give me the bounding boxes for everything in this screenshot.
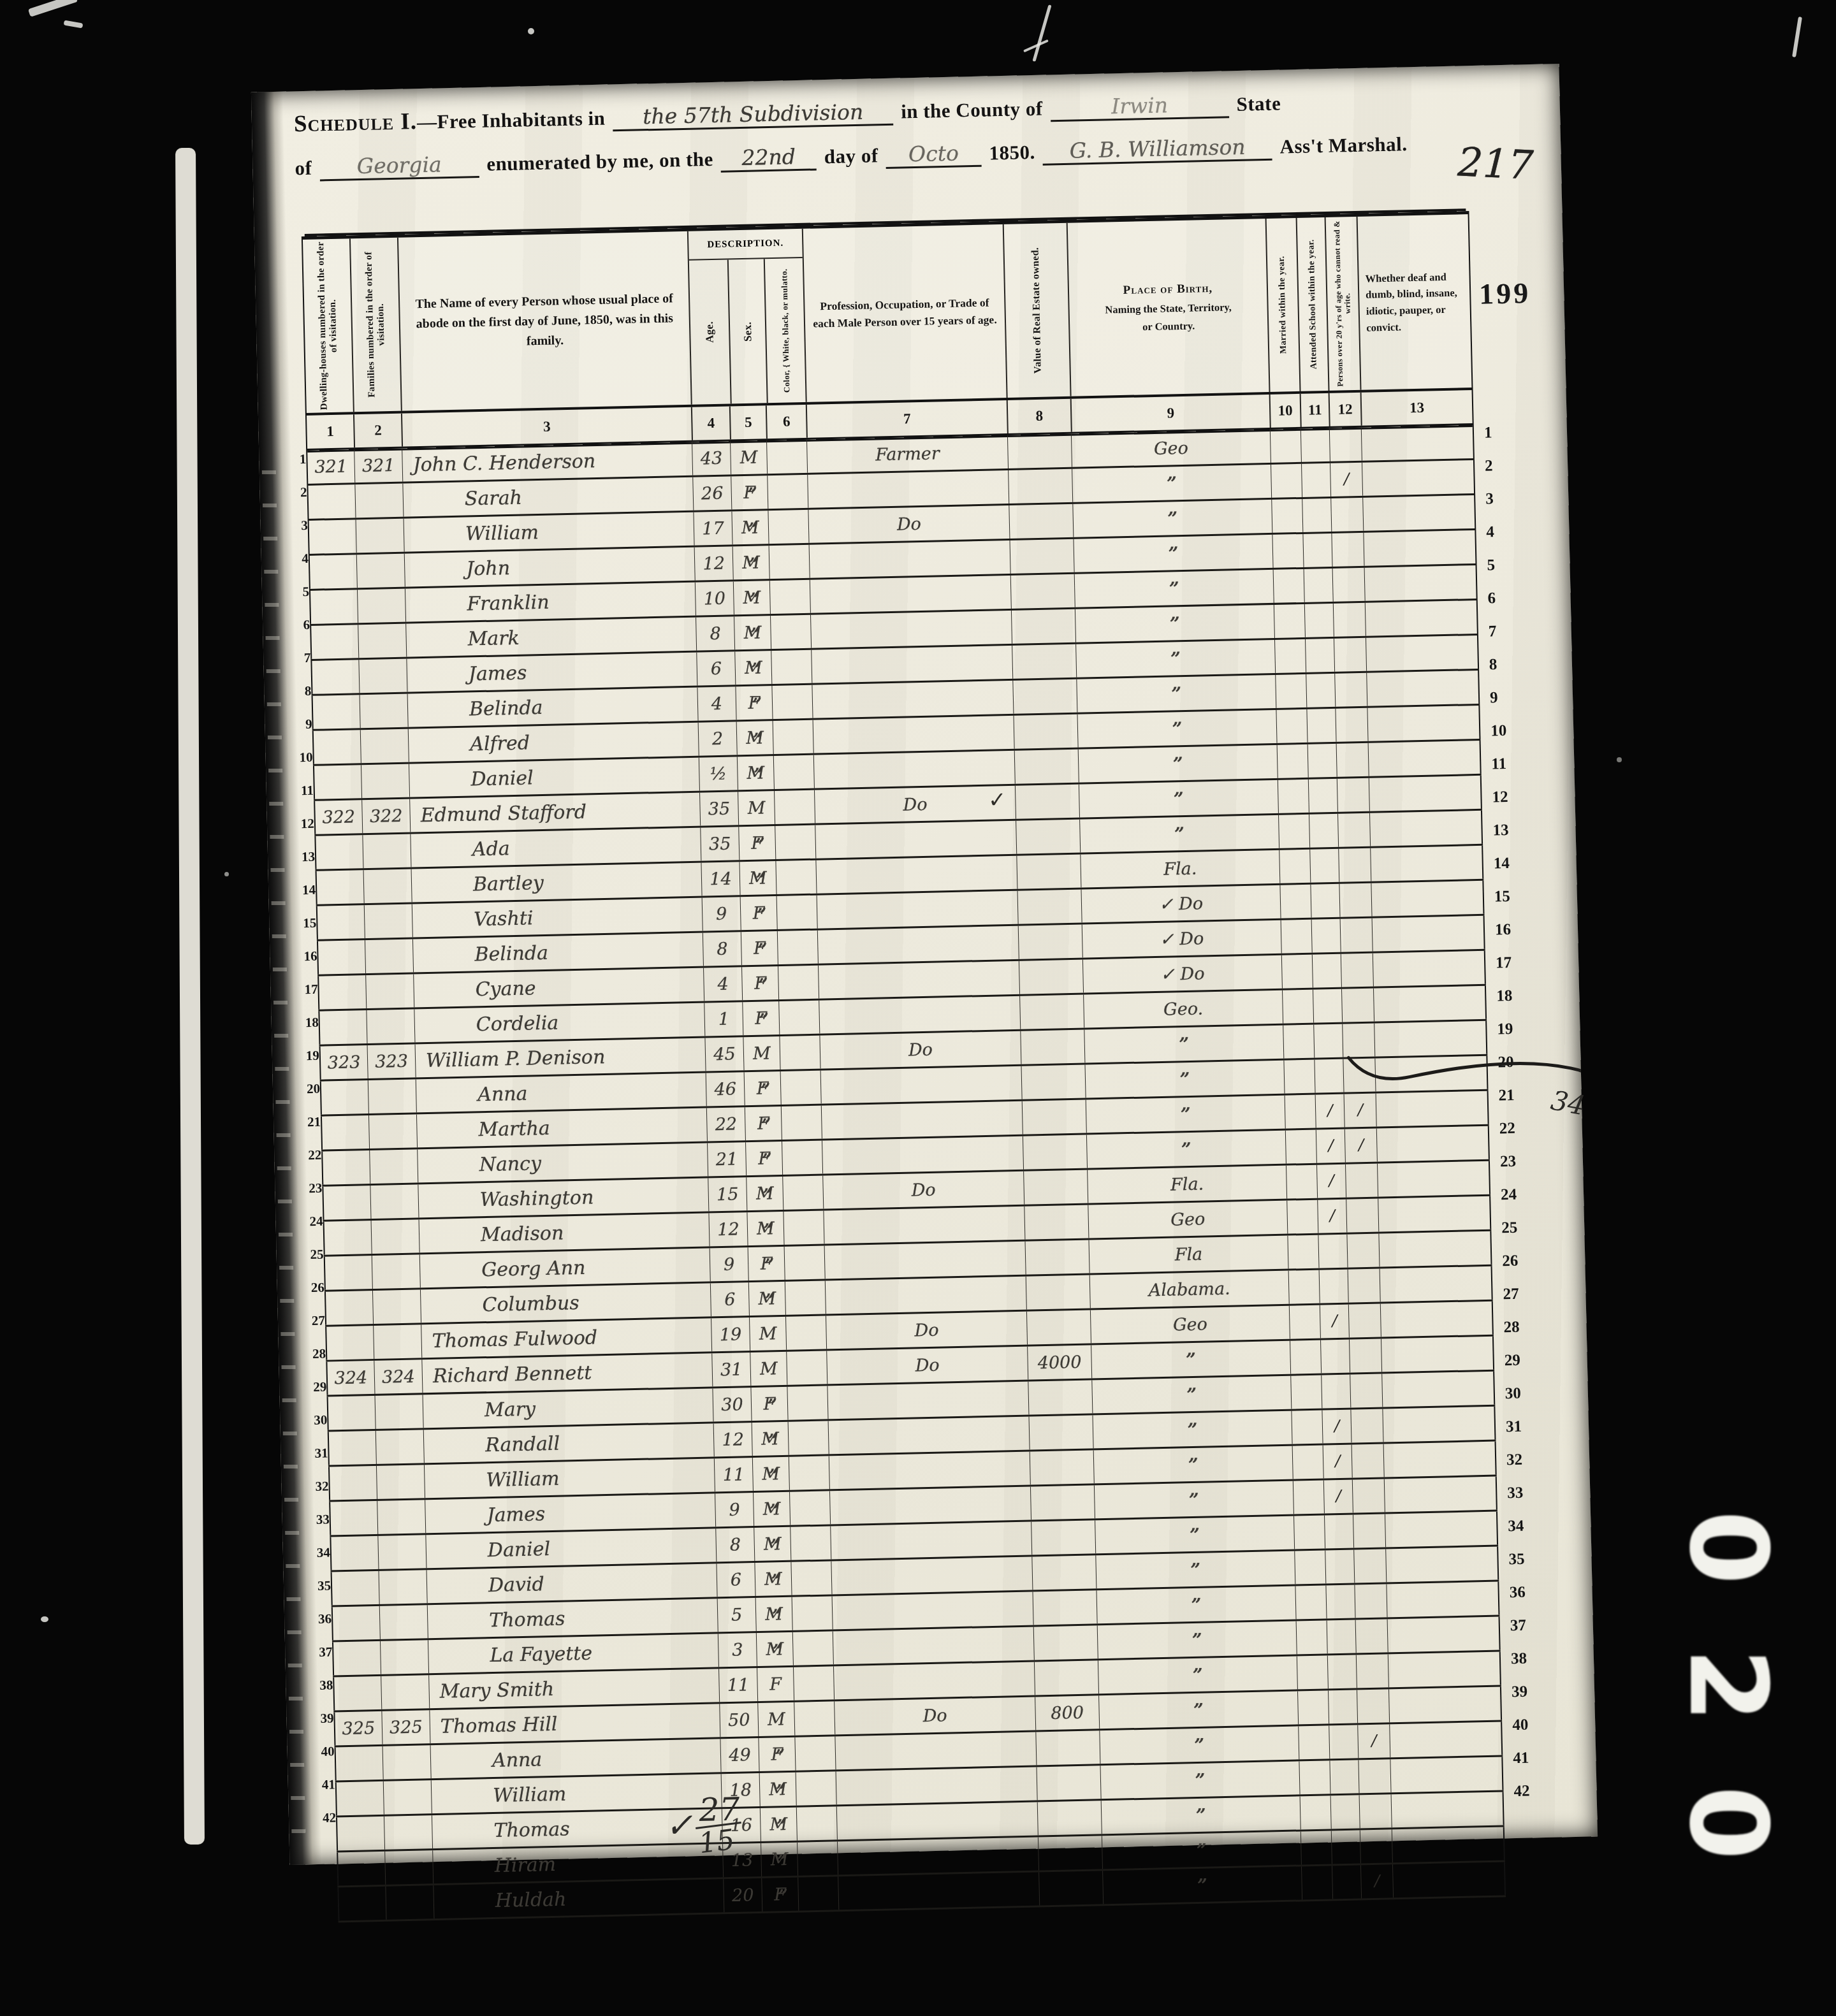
- school-cell: [1325, 1585, 1355, 1619]
- color-cell: [782, 1176, 823, 1210]
- married-cell: [1290, 1375, 1322, 1409]
- school-cell: [1300, 428, 1330, 462]
- married-cell: [1283, 1025, 1314, 1059]
- school-cell: [1304, 569, 1333, 602]
- line-number-right: 6: [1487, 583, 1513, 616]
- person-name: Daniel: [426, 1538, 551, 1563]
- married-cell: [1286, 1200, 1318, 1234]
- family-number-cell: [358, 659, 407, 693]
- dwelling-number-cell: [328, 1466, 377, 1500]
- color-cell: [775, 825, 815, 859]
- family-number-cell: [384, 1850, 433, 1885]
- school-cell: [1302, 533, 1332, 567]
- family-number-cell: [365, 974, 414, 1008]
- description-label: DESCRIPTION.: [688, 229, 803, 261]
- tally-slash: /: [1334, 1416, 1339, 1437]
- dwelling-number-cell: [324, 1256, 372, 1290]
- school-cell: [1327, 1620, 1356, 1654]
- film-frame-digit: 2: [1665, 1648, 1790, 1723]
- family-number-cell: [360, 729, 409, 764]
- line-number-left: 39: [308, 1702, 334, 1736]
- film-scratch: [1792, 17, 1802, 57]
- description-group-heading: DESCRIPTION. Age. Sex. Color, { White, b…: [687, 229, 806, 405]
- col-birthplace-heading: Place of Birth, Naming the State, Territ…: [1067, 219, 1269, 396]
- heading-text: Place of Birth,: [1104, 278, 1231, 301]
- occupation-cell: [818, 961, 1019, 999]
- deaf-dumb-cell: [1389, 1722, 1503, 1758]
- cannot-read-cell: /: [1330, 463, 1362, 497]
- deaf-dumb-cell: [1370, 846, 1483, 881]
- school-cell: /: [1320, 1305, 1349, 1338]
- line-number-left: 31: [302, 1437, 328, 1471]
- deaf-dumb-cell: [1372, 916, 1485, 952]
- birthplace-cell: ”: [1078, 745, 1278, 783]
- married-cell: [1293, 1516, 1325, 1549]
- color-cell: [790, 1526, 831, 1560]
- sex-cell: F: [740, 896, 777, 930]
- occupation-cell: [825, 1277, 1026, 1314]
- header-text: enumerated by me, on the: [486, 148, 713, 176]
- dwelling-number-cell: [327, 1396, 375, 1430]
- age-cell: 8: [715, 1528, 754, 1562]
- tally-slash: /: [1327, 1100, 1333, 1122]
- line-number-right: 41: [1513, 1742, 1539, 1776]
- family-number-cell: [356, 519, 404, 553]
- color-cell: [774, 790, 815, 824]
- cannot-read-cell: [1350, 1374, 1382, 1408]
- tally-slash: /: [1336, 1486, 1341, 1507]
- birthplace-cell: Fla.: [1087, 1166, 1286, 1203]
- real-estate-value-cell: [1026, 1310, 1091, 1344]
- family-number-cell: [380, 1640, 428, 1674]
- line-number-left: 37: [307, 1636, 333, 1670]
- school-cell: [1330, 1795, 1360, 1829]
- married-cell: [1296, 1620, 1327, 1654]
- sex-cell: M: [750, 1352, 787, 1386]
- real-estate-value-cell: [1008, 469, 1072, 504]
- family-number-cell: [368, 1114, 417, 1149]
- person-name-cell: William”: [404, 512, 694, 552]
- sex-cell: F: [731, 475, 768, 509]
- person-name-cell: Vashti”: [412, 898, 703, 938]
- school-cell: [1327, 1655, 1357, 1688]
- sex-cell: F: [750, 1387, 787, 1421]
- real-estate-value-cell: [1025, 1240, 1089, 1274]
- real-estate-value-cell: [1018, 925, 1082, 959]
- birthplace-cell: ✓ Do: [1082, 955, 1282, 993]
- age-cell: 3: [718, 1633, 757, 1667]
- real-estate-value-cell: [1009, 504, 1073, 539]
- deaf-dumb-cell: [1381, 1337, 1494, 1372]
- header-text: Ass't Marshal.: [1279, 133, 1408, 158]
- occupation-cell: Do: [808, 505, 1009, 543]
- line-number-left: 10: [287, 741, 313, 775]
- line-number-right: 11: [1491, 748, 1517, 782]
- real-estate-value-cell: [1010, 539, 1074, 574]
- married-cell: [1300, 1795, 1331, 1829]
- col-sex-heading: Sex.: [727, 259, 767, 403]
- occupation-cell: [832, 1592, 1033, 1630]
- sex-cell: F: [735, 686, 772, 720]
- line-number-right: 1: [1483, 417, 1510, 451]
- color-cell: [785, 1316, 826, 1350]
- deaf-dumb-cell: [1386, 1582, 1499, 1618]
- tally-fraction: 27 15: [696, 1795, 743, 1857]
- line-number-left: 18: [293, 1006, 319, 1040]
- real-estate-value-cell: [1012, 679, 1077, 714]
- married-cell: [1274, 639, 1306, 673]
- age-cell: 35: [699, 792, 738, 825]
- dwelling-number-cell: [317, 975, 366, 1010]
- line-number-right: 8: [1489, 649, 1515, 683]
- col-value-heading: Value of Real Estate owned.: [1003, 223, 1070, 398]
- school-cell: [1318, 1235, 1347, 1268]
- deaf-dumb-cell: [1369, 776, 1482, 811]
- color-cell: [789, 1456, 829, 1490]
- married-cell: [1279, 885, 1311, 918]
- sex-cell: F: [745, 1142, 782, 1175]
- line-number-right: 32: [1506, 1444, 1533, 1477]
- deaf-dumb-cell: [1387, 1617, 1501, 1653]
- person-name-cell: Columbus”: [420, 1283, 711, 1323]
- cannot-read-cell: [1355, 1619, 1388, 1653]
- birthplace-cell: ”: [1077, 710, 1276, 748]
- family-number-cell: [373, 1324, 421, 1359]
- line-number-left: 21: [295, 1106, 321, 1140]
- married-cell: [1278, 780, 1309, 813]
- header-text: day of: [824, 144, 878, 168]
- school-cell: /: [1315, 1094, 1344, 1128]
- person-name-cell: Huldah”: [433, 1879, 724, 1918]
- sex-cell: M: [730, 440, 767, 474]
- school-cell: [1304, 604, 1334, 637]
- dwelling-number-cell: [337, 1852, 385, 1886]
- birthplace-cell: ”: [1084, 1061, 1284, 1098]
- school-cell: [1321, 1375, 1350, 1409]
- occupation-cell: [837, 1837, 1038, 1875]
- line-number-left: 19: [293, 1040, 319, 1073]
- person-name-cell: Daniel”: [425, 1528, 716, 1568]
- birthplace-cell: ”: [1086, 1131, 1286, 1168]
- person-name-cell: Georg Ann”: [419, 1248, 710, 1287]
- film-frame-digit: 0: [1665, 1511, 1790, 1585]
- month-entry: Octo: [908, 141, 959, 167]
- real-estate-value-cell: [1022, 1100, 1086, 1135]
- real-estate-value-cell: [1020, 1030, 1084, 1064]
- birthplace-cell: ”: [1079, 815, 1279, 853]
- age-cell: 4: [703, 967, 742, 1001]
- line-number-right: 5: [1487, 549, 1513, 583]
- column-number: 10: [1269, 394, 1300, 428]
- school-cell: [1329, 1760, 1359, 1794]
- occupation-cell: [813, 751, 1015, 788]
- person-name: Georg Ann: [420, 1256, 586, 1282]
- person-name-cell: John”: [404, 548, 695, 587]
- school-cell: [1325, 1550, 1354, 1584]
- married-cell: [1274, 604, 1305, 638]
- color-cell: [782, 1141, 822, 1175]
- occupation-cell: [833, 1627, 1034, 1665]
- line-number-right: 29: [1504, 1344, 1530, 1378]
- heading-text: Whether deaf and dumb, blind, insane, id…: [1359, 265, 1470, 340]
- cannot-read-cell: /: [1344, 1094, 1376, 1128]
- deaf-dumb-cell: [1369, 811, 1483, 846]
- column-number: 3: [543, 419, 551, 435]
- dwelling-number-cell: [316, 905, 365, 939]
- heading-text: Sex.: [741, 321, 754, 341]
- color-cell: [780, 1071, 821, 1105]
- age-cell: 35: [700, 827, 739, 860]
- family-number-cell: 324: [374, 1360, 422, 1394]
- person-name-cell: Franklin”: [405, 583, 696, 622]
- real-estate-value-cell: [1030, 1450, 1094, 1484]
- person-name: Belinda: [413, 941, 548, 967]
- day-entry: 22nd: [741, 144, 796, 170]
- person-name: William: [425, 1467, 560, 1493]
- sex-cell: M: [731, 511, 768, 544]
- age-cell: 6: [710, 1282, 749, 1316]
- school-cell: [1309, 849, 1339, 883]
- col-color-heading: Color, { White, black, or mulatto.: [764, 258, 807, 403]
- real-estate-value-cell: [1026, 1275, 1090, 1309]
- line-number-left: 26: [298, 1272, 324, 1305]
- school-cell: [1313, 1024, 1343, 1058]
- line-number-left: 32: [303, 1470, 329, 1504]
- line-number-left: 24: [297, 1205, 323, 1239]
- line-number-right: 9: [1490, 682, 1516, 716]
- person-name: Anna: [431, 1748, 543, 1773]
- cannot-read-cell: [1352, 1479, 1385, 1512]
- dwelling-number-cell: [336, 1817, 384, 1851]
- age-cell: 11: [714, 1458, 753, 1491]
- dwelling-number-cell: [321, 1115, 369, 1150]
- person-name: David: [427, 1573, 544, 1598]
- school-cell: /: [1323, 1480, 1353, 1514]
- occupation-cell: [811, 646, 1012, 683]
- married-cell: [1297, 1690, 1329, 1724]
- family-number-cell: [369, 1149, 418, 1184]
- color-cell: [775, 860, 816, 894]
- family-number-cell: [365, 939, 413, 974]
- real-estate-value-cell: [1038, 1836, 1102, 1870]
- occupation-cell: [836, 1802, 1038, 1839]
- family-number-cell: [383, 1780, 432, 1815]
- real-estate-value-cell: [1038, 1871, 1103, 1905]
- age-cell: ½: [699, 757, 738, 790]
- tally-slash: /: [1344, 468, 1350, 490]
- cannot-read-cell: [1360, 1829, 1392, 1863]
- married-cell: [1281, 955, 1313, 989]
- school-cell: /: [1317, 1200, 1346, 1233]
- person-name-cell: Mary”: [423, 1388, 713, 1428]
- sex-cell: M: [752, 1422, 789, 1456]
- sex-cell: M: [754, 1527, 790, 1561]
- occupation-cell: [829, 1452, 1030, 1490]
- person-name: Franklin: [405, 591, 550, 616]
- dwelling-number-cell: 321: [306, 449, 354, 484]
- cannot-read-cell: [1350, 1409, 1383, 1442]
- person-name-cell: Bartley”: [411, 863, 702, 903]
- school-cell: [1310, 884, 1339, 918]
- real-estate-value-cell: [1037, 1801, 1102, 1835]
- person-name-cell: Daniel”: [409, 758, 699, 797]
- school-cell: [1311, 919, 1341, 953]
- line-number-right: 17: [1496, 947, 1522, 981]
- dwelling-number-cell: [330, 1536, 378, 1570]
- cannot-read-cell: [1337, 813, 1370, 847]
- dwelling-number-cell: [309, 590, 358, 624]
- sex-cell: M: [761, 1843, 798, 1876]
- sex-cell: M: [752, 1457, 789, 1491]
- sex-cell: F: [741, 966, 778, 1000]
- deaf-dumb-cell: [1391, 1792, 1504, 1827]
- family-number-cell: 321: [354, 449, 402, 483]
- line-number-left: 8: [286, 675, 312, 709]
- person-name-cell: Randall”: [423, 1423, 714, 1463]
- line-number-left: 12: [288, 808, 314, 841]
- married-cell: [1290, 1340, 1321, 1374]
- tally-slash: /: [1357, 1099, 1363, 1121]
- person-name: John: [405, 557, 510, 582]
- dwelling-number-cell: [335, 1746, 383, 1781]
- deaf-dumb-cell: [1376, 1091, 1489, 1127]
- line-number-left: 29: [301, 1371, 327, 1405]
- family-number-cell: [357, 589, 405, 623]
- married-cell: [1292, 1446, 1323, 1479]
- real-estate-value-cell: [1029, 1415, 1093, 1449]
- sex-cell: M: [757, 1702, 794, 1736]
- table-body: 321321John C. Henderson43MFarmerGeoSarah…: [306, 425, 1506, 1922]
- school-cell: [1329, 1725, 1358, 1759]
- person-name-cell: David”: [426, 1563, 717, 1603]
- person-name-cell: Mary Smith: [428, 1669, 719, 1708]
- occupation-cell: [824, 1242, 1026, 1279]
- line-number-left: 5: [283, 576, 309, 609]
- age-cell: 20: [723, 1878, 762, 1912]
- occupation-cell: [834, 1732, 1036, 1769]
- sex-cell: M: [738, 791, 775, 825]
- person-name-cell: Cyane”: [413, 968, 704, 1008]
- real-estate-value-cell: [1012, 644, 1076, 679]
- deaf-dumb-cell: [1362, 495, 1476, 531]
- school-cell: [1313, 989, 1342, 1023]
- sex-cell: M: [739, 861, 776, 895]
- person-name: Ada: [411, 838, 510, 862]
- deaf-dumb-cell: [1378, 1231, 1492, 1267]
- line-number-left: 17: [292, 973, 318, 1007]
- occupation-cell: [809, 540, 1010, 578]
- birthplace-cell: ”: [1102, 1831, 1301, 1869]
- person-name: Thomas Hill: [430, 1713, 558, 1737]
- person-name-cell: Cordelia”: [414, 1003, 704, 1043]
- census-table: Dwelling-houses numbered in the order of…: [302, 211, 1506, 1922]
- deaf-dumb-cell: [1365, 600, 1478, 636]
- color-cell: [779, 1036, 820, 1070]
- person-name: La Fayette: [428, 1642, 592, 1668]
- column-number: 2: [353, 414, 402, 448]
- person-name: Belinda: [408, 696, 543, 722]
- person-name: Anna: [416, 1082, 528, 1107]
- married-cell: [1288, 1270, 1320, 1304]
- age-cell: 45: [704, 1037, 743, 1071]
- heading-text: Naming the State, Territory,: [1105, 298, 1232, 319]
- dwelling-number-cell: [307, 484, 355, 519]
- sex-cell: F: [744, 1071, 781, 1105]
- color-cell: [785, 1281, 826, 1315]
- deaf-dumb-cell: [1385, 1512, 1498, 1548]
- line-number-left: 33: [303, 1504, 330, 1537]
- person-name: Nancy: [418, 1152, 541, 1177]
- person-name: Madison: [419, 1222, 564, 1247]
- cannot-read-cell: [1341, 954, 1373, 987]
- deaf-dumb-cell: [1366, 671, 1480, 706]
- line-number-left: 4: [282, 542, 309, 576]
- birthplace-cell: Alabama.: [1089, 1271, 1289, 1309]
- person-name: James: [425, 1503, 545, 1528]
- sex-cell: M: [756, 1632, 793, 1666]
- birthplace-cell: ”: [1091, 1376, 1291, 1414]
- sex-cell: M: [743, 1036, 780, 1070]
- real-estate-value-cell: [1030, 1485, 1095, 1519]
- color-cell: [789, 1491, 830, 1525]
- birthplace-cell: ”: [1074, 570, 1274, 607]
- family-number-cell: 322: [361, 799, 410, 834]
- tally-slash: /: [1329, 1205, 1335, 1227]
- column-number: 13: [1360, 390, 1474, 426]
- real-estate-value-cell: [1037, 1766, 1101, 1800]
- line-number-left: 40: [309, 1735, 335, 1769]
- real-estate-value-cell: 800: [1035, 1695, 1099, 1730]
- line-number-left: 3: [282, 509, 308, 543]
- sex-cell: M: [733, 581, 770, 614]
- birthplace-cell: ”: [1100, 1761, 1299, 1799]
- occupation-cell: Do: [826, 1347, 1028, 1384]
- person-name-cell: Washington”: [418, 1178, 708, 1217]
- occupation-cell: [815, 821, 1016, 859]
- dwelling-number-cell: [332, 1641, 381, 1676]
- color-cell: [788, 1421, 829, 1454]
- census-scan-page: { "film": { "frame_digits": ["0", "2", "…: [0, 0, 1836, 2016]
- tally-top: 27: [699, 1795, 740, 1825]
- occupation-cell: [820, 1066, 1022, 1104]
- birthplace-cell: ”: [1096, 1586, 1295, 1624]
- birthplace-cell: Geo: [1090, 1306, 1290, 1344]
- dwelling-number-cell: [309, 555, 357, 589]
- deaf-dumb-cell: [1366, 635, 1479, 671]
- age-cell: 11: [718, 1668, 757, 1702]
- family-number-cell: [364, 904, 412, 939]
- person-name: William: [432, 1783, 567, 1808]
- cannot-read-cell: [1337, 778, 1369, 812]
- color-cell: [771, 685, 812, 719]
- line-number-right: 42: [1513, 1775, 1540, 1809]
- line-number-left: 36: [306, 1603, 332, 1637]
- line-number-left: 22: [296, 1139, 322, 1173]
- person-name-cell: Thomas”: [427, 1599, 718, 1638]
- occupation-cell: Farmer: [806, 435, 1008, 473]
- line-number-right: 16: [1494, 914, 1520, 948]
- person-name-cell: Belinda”: [412, 933, 703, 973]
- real-estate-value-cell: [1031, 1555, 1096, 1590]
- occupation-cell: [827, 1382, 1028, 1419]
- column-number: 9: [1070, 395, 1270, 432]
- age-cell: 10: [695, 581, 734, 615]
- line-number-right: 28: [1503, 1311, 1529, 1345]
- occupation-cell: [819, 996, 1020, 1034]
- cannot-read-cell: [1349, 1339, 1381, 1373]
- film-speck: [1617, 757, 1622, 762]
- color-cell: [790, 1561, 831, 1595]
